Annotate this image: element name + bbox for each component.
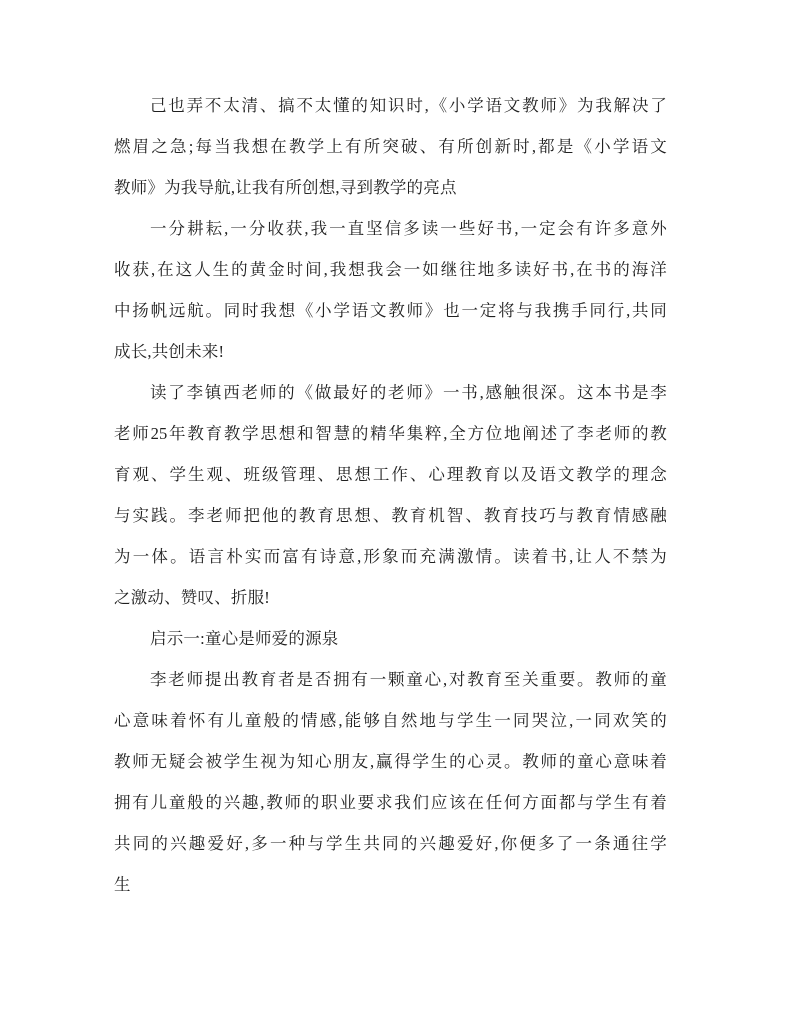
text-line: 拥有儿童般的兴趣,教师的职业要求我们应该在任何方面都与学生有着 — [114, 782, 667, 823]
text-line: 之激动、赞叹、折服! — [114, 577, 667, 618]
text-line: 育观、学生观、班级管理、思想工作、心理教育以及语文教学的理念 — [114, 454, 667, 495]
text-line: 己也弄不太清、搞不太懂的知识时,《小学语文教师》为我解决了 — [114, 85, 667, 126]
text-line: 老师25年教育教学思想和智慧的精华集粹,全方位地阐述了李老师的教 — [114, 413, 667, 454]
paragraph: 己也弄不太清、搞不太懂的知识时,《小学语文教师》为我解决了 燃眉之急;每当我想在… — [114, 85, 667, 208]
text-line: 成长,共创未来! — [114, 331, 667, 372]
text-block: 己也弄不太清、搞不太懂的知识时,《小学语文教师》为我解决了 燃眉之急;每当我想在… — [114, 85, 667, 905]
text-line: 中扬帆远航。同时我想《小学语文教师》也一定将与我携手同行,共同 — [114, 290, 667, 331]
paragraph: 李老师提出教育者是否拥有一颗童心,对教育至关重要。教师的童 心意味着怀有儿童般的… — [114, 659, 667, 905]
text-line: 燃眉之急;每当我想在教学上有所突破、有所创新时,都是《小学语文 — [114, 126, 667, 167]
text-line: 与实践。李老师把他的教育思想、教育机智、教育技巧与教育情感融 — [114, 495, 667, 536]
text-line: 教师无疑会被学生视为知心朋友,赢得学生的心灵。教师的童心意味着 — [114, 741, 667, 782]
text-line: 生 — [114, 864, 667, 905]
text-line: 心意味着怀有儿童般的情感,能够自然地与学生一同哭泣,一同欢笑的 — [114, 700, 667, 741]
document-page: 己也弄不太清、搞不太懂的知识时,《小学语文教师》为我解决了 燃眉之急;每当我想在… — [0, 0, 792, 1025]
text-line: 李老师提出教育者是否拥有一颗童心,对教育至关重要。教师的童 — [114, 659, 667, 700]
text-line: 收获,在这人生的黄金时间,我想我会一如继往地多读好书,在书的海洋 — [114, 249, 667, 290]
text-line: 教师》为我导航,让我有所创想,寻到教学的亮点 — [114, 167, 667, 208]
section-heading-line: 启示一:童心是师爱的源泉 — [114, 618, 667, 659]
text-line: 为一体。语言朴实而富有诗意,形象而充满激情。读着书,让人不禁为 — [114, 536, 667, 577]
paragraph: 一分耕耘,一分收获,我一直坚信多读一些好书,一定会有许多意外 收获,在这人生的黄… — [114, 208, 667, 372]
paragraph: 启示一:童心是师爱的源泉 — [114, 618, 667, 659]
text-line: 读了李镇西老师的《做最好的老师》一书,感触很深。这本书是李 — [114, 372, 667, 413]
text-line: 共同的兴趣爱好,多一种与学生共同的兴趣爱好,你便多了一条通往学 — [114, 823, 667, 864]
text-line: 一分耕耘,一分收获,我一直坚信多读一些好书,一定会有许多意外 — [114, 208, 667, 249]
paragraph: 读了李镇西老师的《做最好的老师》一书,感触很深。这本书是李 老师25年教育教学思… — [114, 372, 667, 618]
